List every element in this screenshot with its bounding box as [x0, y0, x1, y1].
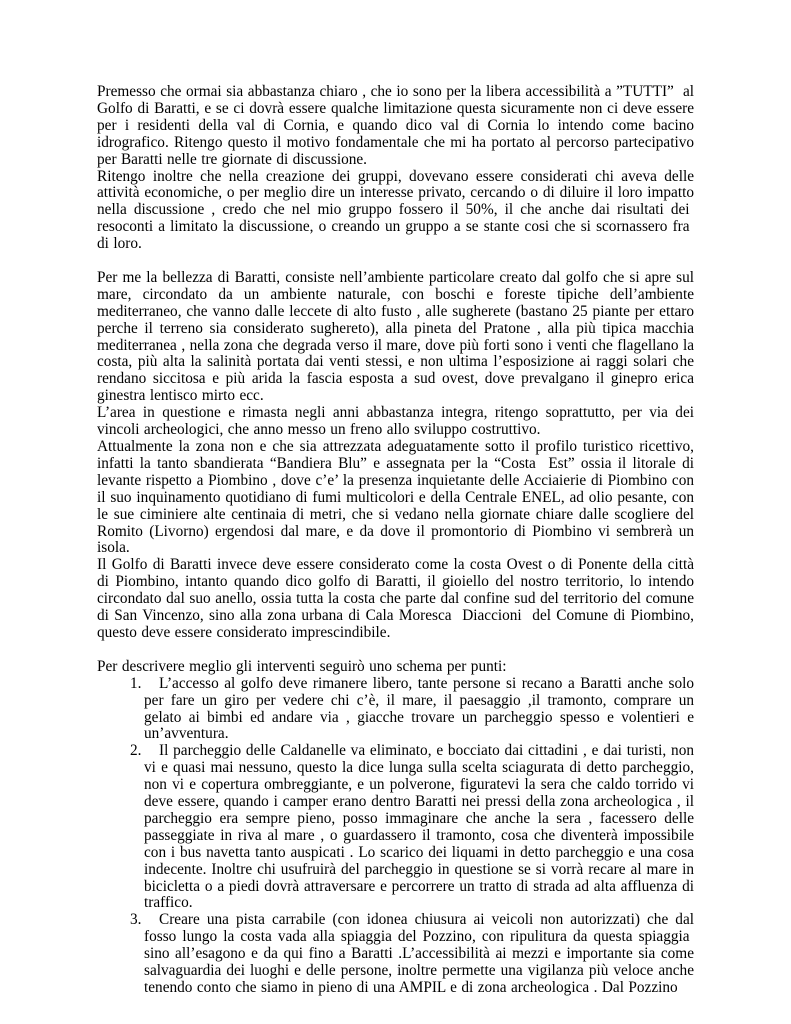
paragraph-schema-intro: Per descrivere meglio gli interventi seg…	[97, 659, 694, 676]
list-item-2: 2.Il parcheggio delle Caldanelle va elim…	[97, 743, 694, 912]
list-item-1: 1.L’accesso al golfo deve rimanere liber…	[97, 676, 694, 744]
paragraph-intro-2: Ritengo inoltre che nella creazione dei …	[97, 169, 694, 254]
list-item-3: 3.Creare una pista carrabile (con idonea…	[97, 912, 694, 997]
list-item-2-text: Il parcheggio delle Caldanelle va elimin…	[144, 742, 694, 911]
paragraph-golfo: Il Golfo di Baratti invece deve essere c…	[97, 557, 694, 642]
document-body: Premesso che ormai sia abbastanza chiaro…	[97, 84, 694, 997]
points-list: 1.L’accesso al golfo deve rimanere liber…	[97, 676, 694, 997]
paragraph-area: L’area in questione e rimasta negli anni…	[97, 405, 694, 439]
list-item-1-number: 1.	[130, 676, 141, 693]
list-item-1-text: L’accesso al golfo deve rimanere libero,…	[144, 675, 694, 743]
list-item-3-text: Creare una pista carrabile (con idonea c…	[144, 911, 694, 996]
document-page: Premesso che ormai sia abbastanza chiaro…	[0, 0, 791, 1024]
list-item-2-number: 2.	[130, 743, 141, 760]
paragraph-intro-1: Premesso che ormai sia abbastanza chiaro…	[97, 84, 694, 169]
paragraph-spacer	[97, 642, 694, 659]
list-item-3-number: 3.	[130, 912, 141, 929]
paragraph-attualmente: Attualmente la zona non e che sia attrez…	[97, 439, 694, 557]
paragraph-spacer	[97, 253, 694, 270]
paragraph-bellezza: Per me la bellezza di Baratti, consiste …	[97, 270, 694, 405]
